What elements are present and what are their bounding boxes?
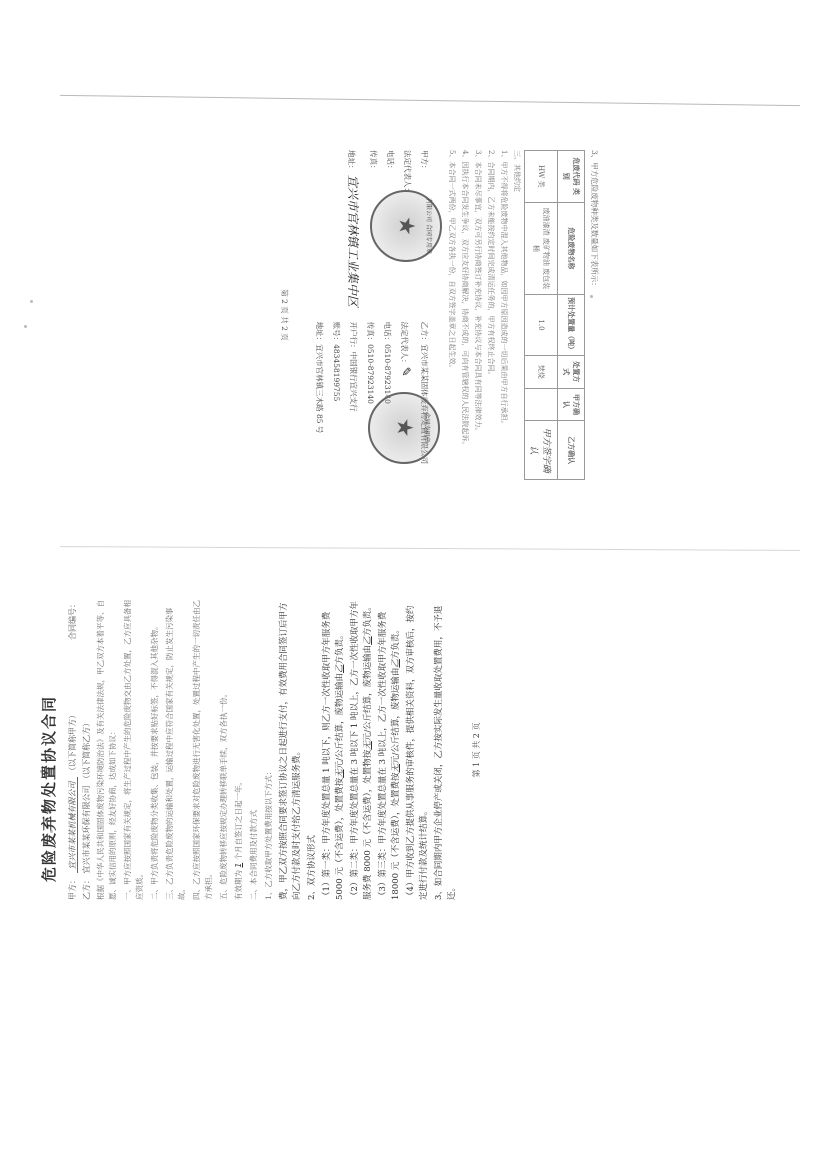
other-terms-heading: 三、其他约定 — [511, 150, 522, 480]
validity-line: 有效期为 1 个月自签订之日起一年。 — [233, 600, 245, 900]
party-b-company-seal: 合同专用章 ★ — [368, 392, 440, 464]
contract-page-2: 3、甲方危险废物种类及数量如下表所示： 危废代码 类 别 危险废物名称 预计处置… — [80, 150, 600, 480]
handwritten-fill: 乙 — [363, 636, 373, 645]
preamble: 根据《中华人民共和国固体废物污染环境防治法》及有关法律法规，甲乙双方本着平等、自… — [95, 600, 119, 900]
other-terms-paragraph: 4、因执行本合同发生争议，双方应友好协商解决，协商不成的，可向有管辖权的人民法院… — [459, 150, 470, 480]
other-terms-paragraph: 1、甲方不得将危险废物中混入其他物品，如因甲方原因造成的一切后果由甲方自行承担。 — [498, 150, 509, 480]
fee-clause-2: （2）第二类：甲方年度处置总量在 3 吨以下 1 吨以上，乙方一次性收取甲方年服… — [349, 600, 375, 900]
other-terms-paragraph: 5、本合同一式两份，甲乙双方各执一份，自双方签字盖章之日起生效。 — [446, 150, 457, 480]
handwritten-fill: 乙 — [391, 659, 401, 668]
scan-fold-line-top — [60, 95, 800, 106]
table-header-row: 危废代码 类 别 危险废物名称 预计处置量（吨） 处置方式 甲方确认 乙方确认 — [558, 151, 585, 480]
closure-clause: 3、如合同期内甲方企业停产或关闭，乙方按实际发生量收取处置费用，不予退还。 — [433, 600, 459, 900]
party-b-fax: 0510-87923140 — [366, 344, 375, 404]
party-b-name: 宜兴市某某环保有限公司 — [82, 785, 91, 873]
party-b-line: 乙方： 宜兴市某某环保有限公司 （以下简称乙方） — [81, 719, 92, 900]
representative-signature: ✎ — [399, 367, 413, 377]
handwritten-fill: 无 — [335, 769, 345, 778]
party-a-line: 甲方： 宜兴市某某机械有限公司 （以下简称甲方） — [67, 711, 78, 900]
scan-speck — [24, 325, 27, 328]
page-footer: 第 1 页 共 2 页 — [471, 600, 482, 900]
fee-clause-4: （4）甲方收到乙方提供从事服务的审核件，提供相关资料，双方审核后，按约定进行付款… — [405, 600, 431, 900]
fee-clause-1: （1）第一类：甲方年度处置总量 1 吨以下，则乙方一次性收取甲方年服务费 500… — [321, 600, 347, 900]
other-terms-paragraph: 2、合同期内，乙方未能按约定时间完成清运任务的，甲方有权终止合同。 — [485, 150, 496, 480]
payment-heading: 二、本合同费用及付款方式 — [248, 600, 260, 900]
terms-paragraph: 一、甲方应按照国家有关规定，将生产过程中产生的危险废物交由乙方处置，乙方应具备相… — [122, 600, 146, 900]
party-b-account: 483458199755 — [332, 344, 341, 401]
scan-fold-line-middle — [60, 546, 800, 551]
star-icon: ★ — [392, 418, 417, 438]
contract-title: 危险废弃物处置协议合同 — [38, 600, 59, 882]
handwritten-fill: 乙 — [335, 665, 345, 674]
party-b-bank: 中国银行宜兴支行 — [349, 352, 358, 412]
table-caption: 3、甲方危险废物种类及数量如下表所示： — [589, 150, 600, 480]
terms-paragraph: 四、乙方应按照国家环保要求对危险废物进行无害化处置，处置过程中产生的一切责任由乙… — [191, 600, 215, 900]
handwritten-address: 宜兴市官林镇工业集中区 — [346, 175, 360, 307]
payment-detail: 费，甲乙双方按照合同要求签订协议之日起进行支付，有效费用合同签订后甲方向乙方付款… — [278, 600, 304, 900]
contract-number-label: 合同编号： — [67, 600, 78, 640]
scan-speck — [30, 300, 33, 303]
star-icon: ★ — [394, 216, 419, 236]
handwritten-confirmation: 甲方签字确认 — [525, 421, 558, 480]
agreement-form-heading: 2、双方协议形式 — [306, 600, 319, 900]
party-b-address: 宜兴市官林镇三木路 85 号 — [315, 344, 324, 433]
terms-paragraph: 二、甲方负责将危险废物分类收集、包装，并按要求贴好标签，不得混入其他杂物。 — [149, 600, 161, 900]
signature-block: 甲方： 法定代表人： 电话： 传真： 地址： 宜兴市官林镇工业集中区 有限公司 … — [308, 150, 436, 480]
terms-paragraph: 三、乙方负责危险废物的运输和处置，运输过程中应符合国家有关规定，防止发生污染事故… — [164, 600, 188, 900]
party-a-company-seal: 有限公司 合同专用章 ★ — [370, 190, 442, 262]
table-row: HW 类 废油漆渣 废矿物油 废包装桶 1.0 焚烧 甲方签字确认 — [525, 151, 558, 480]
payment-intro: 1、乙方收取甲方处置费用按以下方式： — [263, 600, 275, 900]
other-terms-paragraph: 3、本合同未尽事宜，双方可另行协商签订补充协议，补充协议与本合同具有同等法律效力… — [472, 150, 483, 480]
terms-paragraph: 五、危险废物转移应按规定办理转移联单手续，双方各执一份。 — [218, 600, 230, 900]
waste-table: 危废代码 类 别 危险废物名称 预计处置量（吨） 处置方式 甲方确认 乙方确认 … — [524, 150, 585, 480]
handwritten-fill: 无 — [391, 764, 401, 773]
party-b-signature: 乙方：宜兴市某某固体废弃物处置有限公司 法定代表人：✎ 电话：0510-8792… — [308, 322, 436, 480]
validity-term-handwritten: 1 — [234, 863, 243, 868]
handwritten-fill: 无 — [363, 741, 373, 750]
fee-clause-3: （3）第三类：甲方年度处置总量在 3 吨以上，乙方一次性收取甲方年服务费 180… — [377, 600, 403, 900]
contract-page-1: 危险废弃物处置协议合同 甲方： 宜兴市某某机械有限公司 （以下简称甲方） 合同编… — [28, 600, 608, 900]
party-a-signature: 甲方： 法定代表人： 电话： 传真： 地址： 宜兴市官林镇工业集中区 有限公司 … — [308, 150, 436, 308]
party-header: 甲方： 宜兴市某某机械有限公司 （以下简称甲方） 合同编号： 乙方： 宜兴市某某… — [67, 600, 92, 900]
party-a-name: 宜兴市某某机械有限公司 — [68, 777, 78, 873]
page-footer: 第 2 页 共 2 页 — [279, 150, 290, 480]
